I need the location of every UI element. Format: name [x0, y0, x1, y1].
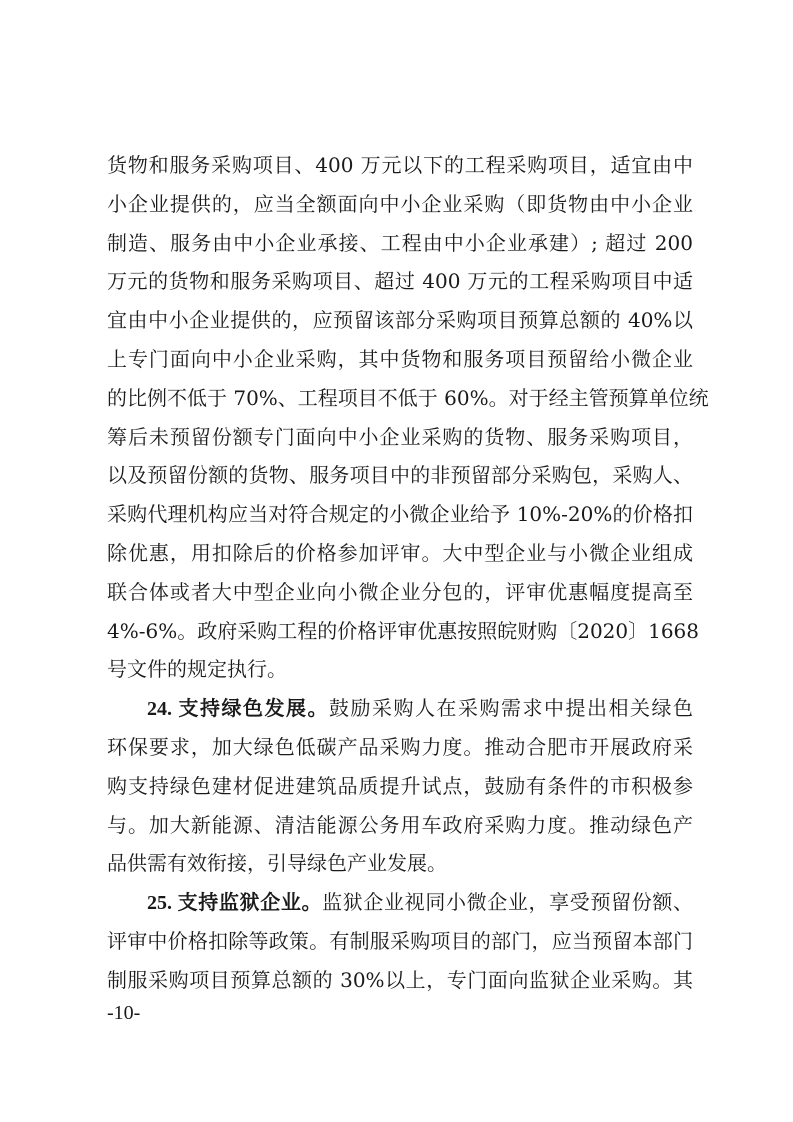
text-line: 与。加大新能源、清洁能源公务用车政府采购力度。推动绿色产 — [107, 806, 693, 845]
text-line: 评审中价格扣除等政策。有制服采购项目的部门，应当预留本部门 — [107, 922, 693, 961]
section-heading-25: 25. 支持监狱企业。 — [147, 892, 322, 914]
section-25-first-line: 25. 支持监狱企业。监狱企业视同小微企业，享受预留份额、 — [107, 883, 693, 922]
text-line: 货物和服务采购项目、400 万元以下的工程采购项目，适宜由中 — [107, 146, 693, 185]
text-line: 环保要求，加大绿色低碳产品采购力度。推动合肥市开展政府采 — [107, 728, 693, 767]
text-line: 宜由中小企业提供的，应预留该部分采购项目预算总额的 40%以 — [107, 301, 693, 340]
text-line: 筹后未预留份额专门面向中小企业采购的货物、服务采购项目， — [107, 418, 693, 457]
text-line: 联合体或者大中型企业向小微企业分包的，评审优惠幅度提高至 — [107, 573, 693, 612]
section-25-lead-text: 监狱企业视同小微企业，享受预留份额、 — [322, 890, 693, 914]
text-line: 以及预留份额的货物、服务项目中的非预留部分采购包，采购人、 — [107, 456, 693, 495]
text-line: 的比例不低于 70%、工程项目不低于 60%。对于经主管预算单位统 — [107, 379, 693, 418]
text-line: 4%-6%。政府采购工程的价格评审优惠按照皖财购〔2020〕1668 — [107, 612, 693, 651]
text-line: 号文件的规定执行。 — [107, 650, 693, 689]
page-number: -10- — [107, 1002, 140, 1025]
text-line: 上专门面向中小企业采购，其中货物和服务项目预留给小微企业 — [107, 340, 693, 379]
section-24-first-line: 24. 支持绿色发展。鼓励采购人在采购需求中提出相关绿色 — [107, 689, 693, 728]
text-line: 品供需有效衔接，引导绿色产业发展。 — [107, 844, 693, 883]
text-line: 购支持绿色建材促进建筑品质提升试点，鼓励有条件的市积极参 — [107, 767, 693, 806]
document-body: 货物和服务采购项目、400 万元以下的工程采购项目，适宜由中 小企业提供的，应当… — [107, 146, 693, 1000]
text-line: 制造、服务由中小企业承接、工程由中小企业承建）; 超过 200 — [107, 224, 693, 263]
text-line: 万元的货物和服务采购项目、超过 400 万元的工程采购项目中适 — [107, 262, 693, 301]
text-line: 小企业提供的，应当全额面向中小企业采购（即货物由中小企业 — [107, 185, 693, 224]
section-heading-24: 24. 支持绿色发展。 — [147, 698, 329, 720]
document-page: 货物和服务采购项目、400 万元以下的工程采购项目，适宜由中 小企业提供的，应当… — [0, 0, 793, 1122]
text-line: 采购代理机构应当对符合规定的小微企业给予 10%-20%的价格扣 — [107, 495, 693, 534]
section-24-lead-text: 鼓励采购人在采购需求中提出相关绿色 — [329, 696, 693, 720]
text-line: 制服采购项目预算总额的 30%以上，专门面向监狱企业采购。其 — [107, 961, 693, 1000]
text-line: 除优惠，用扣除后的价格参加评审。大中型企业与小微企业组成 — [107, 534, 693, 573]
